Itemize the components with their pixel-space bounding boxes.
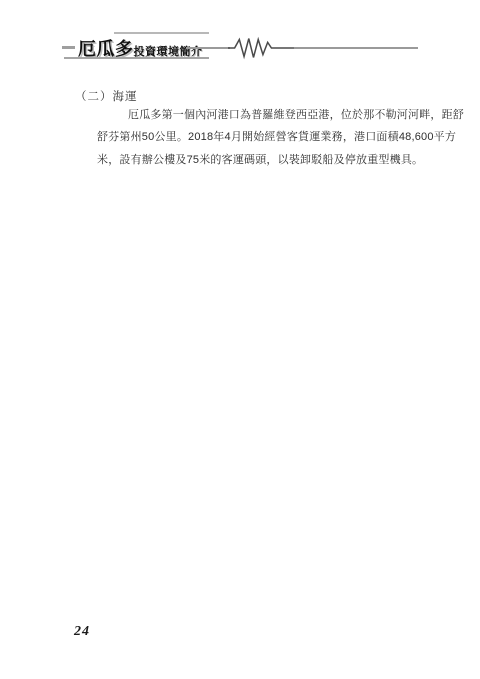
paragraph-line-2: 舒芬第州50公里。2018年4月開始經營客貨運業務，港口面積48,600平方 [97,126,424,148]
page-number: 24 [74,624,90,640]
title-top-rule [114,32,209,34]
header-rule-right [294,47,418,49]
title-left-dash-decoration [62,46,75,49]
header-rule-left [186,47,230,49]
header-title-block: 厄瓜多投資環境簡介 [62,31,203,58]
title-bottom-rule [64,57,209,60]
document-page: 厄瓜多投資環境簡介 （二）海運 厄瓜多第一個內河港口為普羅維登西亞港，位於那不勒… [0,0,480,679]
body-paragraph: 厄瓜多第一個內河港口為普羅維登西亞港，位於那不勒河河畔，距舒 舒芬第州50公里。… [97,104,424,171]
section-heading: （二）海運 [75,88,138,104]
page-title: 厄瓜多投資環境簡介 [78,31,203,66]
paragraph-line-3: 米，設有辦公樓及75米的客運碼頭，以裝卸駁船及停放重型機具。 [97,149,424,171]
heartbeat-zigzag-icon [228,36,296,60]
paragraph-line-1: 厄瓜多第一個內河港口為普羅維登西亞港，位於那不勒河河畔，距舒 [97,104,424,126]
